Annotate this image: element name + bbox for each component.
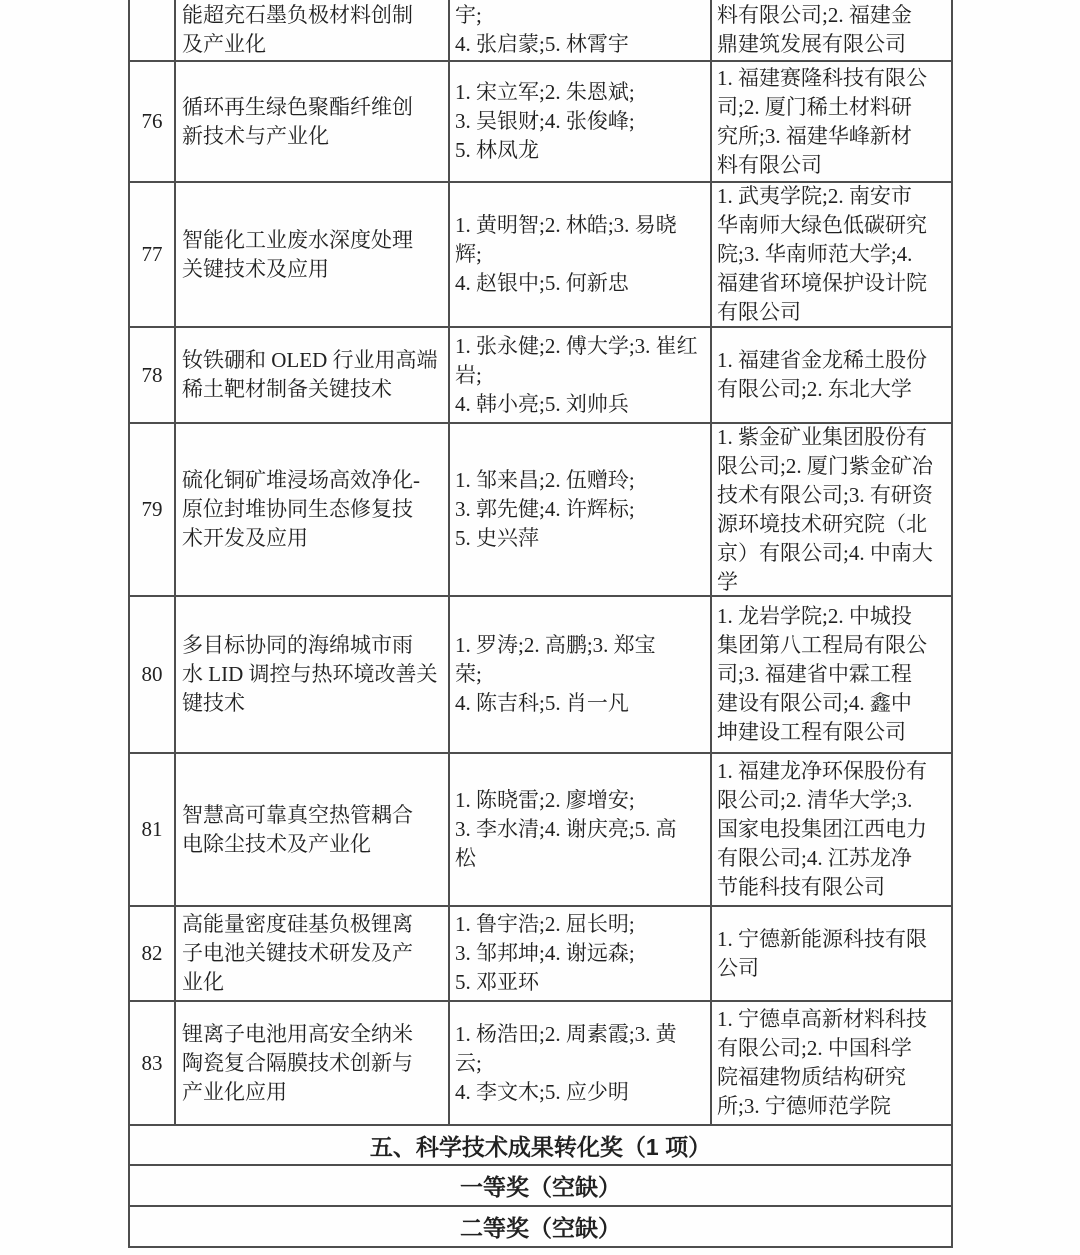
table-row: 77智能化工业废水深度处理 关键技术及应用1. 黄明智;2. 林皓;3. 易晓 … <box>130 183 953 328</box>
row-number-cell-text: 82 <box>142 939 163 968</box>
awardees-cell-text: 1. 邹来昌;2. 伍赠玲; 3. 郭先健;4. 许辉标; 5. 史兴萍 <box>455 466 635 553</box>
table-row: 76循环再生绿色聚酯纤维创 新技术与产业化1. 宋立军;2. 朱恩斌; 3. 吴… <box>130 62 953 183</box>
table-row: 83锂离子电池用高安全纳米 陶瓷复合隔膜技术创新与 产业化应用1. 杨浩田;2.… <box>130 1002 953 1126</box>
award-tier-label: 一等奖（空缺） <box>460 1169 621 1202</box>
awardees-cell: 1. 罗涛;2. 高鹏;3. 郑宝 荣; 4. 陈吉科;5. 肖一凡 <box>450 597 712 752</box>
project-title-cell-text: 能超充石墨负极材料创制 及产业化 <box>182 1 413 59</box>
project-title-cell-text: 高能量密度硅基负极锂离 子电池关键技术研发及产 业化 <box>182 910 413 997</box>
project-title-cell: 智慧高可靠真空热管耦合 电除尘技术及产业化 <box>176 754 450 905</box>
award-tier-row: 一等奖（空缺） <box>130 1166 953 1207</box>
document-page: 能超充石墨负极材料创制 及产业化宇; 4. 张启蒙;5. 林霄宇料有限公司;2.… <box>0 0 1080 1255</box>
table-row: 79硫化铜矿堆浸场高效净化- 原位封堆协同生态修复技 术开发及应用1. 邹来昌;… <box>130 424 953 597</box>
row-number-cell: 79 <box>130 424 176 595</box>
organizations-cell: 1. 宁德新能源科技有限 公司 <box>712 907 953 1000</box>
table-row: 78钕铁硼和 OLED 行业用高端 稀土靶材制备关键技术1. 张永健;2. 傅大… <box>130 328 953 424</box>
awardees-cell: 1. 邹来昌;2. 伍赠玲; 3. 郭先健;4. 许辉标; 5. 史兴萍 <box>450 424 712 595</box>
project-title-cell-text: 硫化铜矿堆浸场高效净化- 原位封堆协同生态修复技 术开发及应用 <box>182 466 420 553</box>
row-number-cell: 81 <box>130 754 176 905</box>
row-number-cell: 76 <box>130 62 176 181</box>
row-number-cell <box>130 0 176 60</box>
organizations-cell-text: 1. 宁德新能源科技有限 公司 <box>717 925 927 983</box>
organizations-cell: 料有限公司;2. 福建金 鼎建筑发展有限公司 <box>712 0 953 60</box>
project-title-cell: 高能量密度硅基负极锂离 子电池关键技术研发及产 业化 <box>176 907 450 1000</box>
awardees-cell: 1. 张永健;2. 傅大学;3. 崔红 岩; 4. 韩小亮;5. 刘帅兵 <box>450 328 712 422</box>
project-title-cell: 循环再生绿色聚酯纤维创 新技术与产业化 <box>176 62 450 181</box>
row-number-cell: 83 <box>130 1002 176 1124</box>
awardees-cell: 宇; 4. 张启蒙;5. 林霄宇 <box>450 0 712 60</box>
awards-table: 能超充石墨负极材料创制 及产业化宇; 4. 张启蒙;5. 林霄宇料有限公司;2.… <box>128 0 953 1248</box>
awardees-cell-text: 宇; 4. 张启蒙;5. 林霄宇 <box>455 1 629 59</box>
row-number-cell-text: 77 <box>142 240 163 269</box>
organizations-cell-text: 1. 福建龙净环保股份有 限公司;2. 清华大学;3. 国家电投集团江西电力 有… <box>717 757 927 902</box>
organizations-cell: 1. 紫金矿业集团股份有 限公司;2. 厦门紫金矿冶 技术有限公司;3. 有研资… <box>712 424 953 595</box>
organizations-cell: 1. 福建赛隆科技有限公 司;2. 厦门稀土材料研 究所;3. 福建华峰新材 料… <box>712 62 953 181</box>
awardees-cell-text: 1. 鲁宇浩;2. 屈长明; 3. 邹邦坤;4. 谢远森; 5. 邓亚环 <box>455 910 635 997</box>
awardees-cell: 1. 黄明智;2. 林皓;3. 易晓 辉; 4. 赵银中;5. 何新忠 <box>450 183 712 326</box>
project-title-cell: 能超充石墨负极材料创制 及产业化 <box>176 0 450 60</box>
organizations-cell-text: 1. 福建赛隆科技有限公 司;2. 厦门稀土材料研 究所;3. 福建华峰新材 料… <box>717 64 927 180</box>
awardees-cell-text: 1. 黄明智;2. 林皓;3. 易晓 辉; 4. 赵银中;5. 何新忠 <box>455 211 677 298</box>
table-row: 82高能量密度硅基负极锂离 子电池关键技术研发及产 业化1. 鲁宇浩;2. 屈长… <box>130 907 953 1002</box>
awardees-cell-text: 1. 张永健;2. 傅大学;3. 崔红 岩; 4. 韩小亮;5. 刘帅兵 <box>455 332 698 419</box>
project-title-cell-text: 智慧高可靠真空热管耦合 电除尘技术及产业化 <box>182 801 413 859</box>
table-row: 81智慧高可靠真空热管耦合 电除尘技术及产业化1. 陈晓雷;2. 廖增安; 3.… <box>130 754 953 907</box>
project-title-cell-text: 多目标协同的海绵城市雨 水 LID 调控与热环境改善关 键技术 <box>182 631 438 718</box>
project-title-cell-text: 智能化工业废水深度处理 关键技术及应用 <box>182 226 413 284</box>
row-number-cell: 77 <box>130 183 176 326</box>
row-number-cell: 82 <box>130 907 176 1000</box>
organizations-cell-text: 1. 龙岩学院;2. 中城投 集团第八工程局有限公 司;3. 福建省中霖工程 建… <box>717 602 927 747</box>
organizations-cell: 1. 宁德卓高新材料科技 有限公司;2. 中国科学 院福建物质结构研究 所;3.… <box>712 1002 953 1124</box>
project-title-cell-text: 锂离子电池用高安全纳米 陶瓷复合隔膜技术创新与 产业化应用 <box>182 1020 413 1107</box>
row-number-cell-text: 79 <box>142 495 163 524</box>
awardees-cell: 1. 陈晓雷;2. 廖增安; 3. 李水清;4. 谢庆亮;5. 高 松 <box>450 754 712 905</box>
row-number-cell-text: 81 <box>142 815 163 844</box>
section-header-label: 五、科学技术成果转化奖（1 项） <box>370 1129 711 1162</box>
awardees-cell: 1. 宋立军;2. 朱恩斌; 3. 吴银财;4. 张俊峰; 5. 林凤龙 <box>450 62 712 181</box>
table-row: 80多目标协同的海绵城市雨 水 LID 调控与热环境改善关 键技术1. 罗涛;2… <box>130 597 953 754</box>
awardees-cell-text: 1. 陈晓雷;2. 廖增安; 3. 李水清;4. 谢庆亮;5. 高 松 <box>455 786 677 873</box>
award-tier-label: 二等奖（空缺） <box>460 1210 621 1243</box>
organizations-cell: 1. 龙岩学院;2. 中城投 集团第八工程局有限公 司;3. 福建省中霖工程 建… <box>712 597 953 752</box>
organizations-cell-text: 1. 紫金矿业集团股份有 限公司;2. 厦门紫金矿冶 技术有限公司;3. 有研资… <box>717 424 933 595</box>
organizations-cell: 1. 武夷学院;2. 南安市 华南师大绿色低碳研究 院;3. 华南师范大学;4.… <box>712 183 953 326</box>
organizations-cell-text: 1. 福建省金龙稀土股份 有限公司;2. 东北大学 <box>717 346 927 404</box>
row-number-cell-text: 83 <box>142 1049 163 1078</box>
project-title-cell: 硫化铜矿堆浸场高效净化- 原位封堆协同生态修复技 术开发及应用 <box>176 424 450 595</box>
award-tier-row: 二等奖（空缺） <box>130 1207 953 1248</box>
awardees-cell: 1. 杨浩田;2. 周素霞;3. 黄 云; 4. 李文木;5. 应少明 <box>450 1002 712 1124</box>
awardees-cell: 1. 鲁宇浩;2. 屈长明; 3. 邹邦坤;4. 谢远森; 5. 邓亚环 <box>450 907 712 1000</box>
project-title-cell: 智能化工业废水深度处理 关键技术及应用 <box>176 183 450 326</box>
organizations-cell: 1. 福建省金龙稀土股份 有限公司;2. 东北大学 <box>712 328 953 422</box>
row-number-cell-text: 80 <box>142 660 163 689</box>
organizations-cell-text: 料有限公司;2. 福建金 鼎建筑发展有限公司 <box>717 1 912 59</box>
project-title-cell-text: 钕铁硼和 OLED 行业用高端 稀土靶材制备关键技术 <box>182 346 438 404</box>
awardees-cell-text: 1. 杨浩田;2. 周素霞;3. 黄 云; 4. 李文木;5. 应少明 <box>455 1020 677 1107</box>
row-number-cell-text: 78 <box>142 361 163 390</box>
row-number-cell: 78 <box>130 328 176 422</box>
awardees-cell-text: 1. 罗涛;2. 高鹏;3. 郑宝 荣; 4. 陈吉科;5. 肖一凡 <box>455 631 656 718</box>
project-title-cell-text: 循环再生绿色聚酯纤维创 新技术与产业化 <box>182 93 413 151</box>
section-header-row: 五、科学技术成果转化奖（1 项） <box>130 1126 953 1166</box>
organizations-cell: 1. 福建龙净环保股份有 限公司;2. 清华大学;3. 国家电投集团江西电力 有… <box>712 754 953 905</box>
awardees-cell-text: 1. 宋立军;2. 朱恩斌; 3. 吴银财;4. 张俊峰; 5. 林凤龙 <box>455 78 635 165</box>
project-title-cell: 多目标协同的海绵城市雨 水 LID 调控与热环境改善关 键技术 <box>176 597 450 752</box>
row-number-cell-text: 76 <box>142 107 163 136</box>
project-title-cell: 锂离子电池用高安全纳米 陶瓷复合隔膜技术创新与 产业化应用 <box>176 1002 450 1124</box>
organizations-cell-text: 1. 武夷学院;2. 南安市 华南师大绿色低碳研究 院;3. 华南师范大学;4.… <box>717 183 927 326</box>
table-row: 能超充石墨负极材料创制 及产业化宇; 4. 张启蒙;5. 林霄宇料有限公司;2.… <box>130 0 953 62</box>
project-title-cell: 钕铁硼和 OLED 行业用高端 稀土靶材制备关键技术 <box>176 328 450 422</box>
row-number-cell: 80 <box>130 597 176 752</box>
organizations-cell-text: 1. 宁德卓高新材料科技 有限公司;2. 中国科学 院福建物质结构研究 所;3.… <box>717 1005 927 1121</box>
